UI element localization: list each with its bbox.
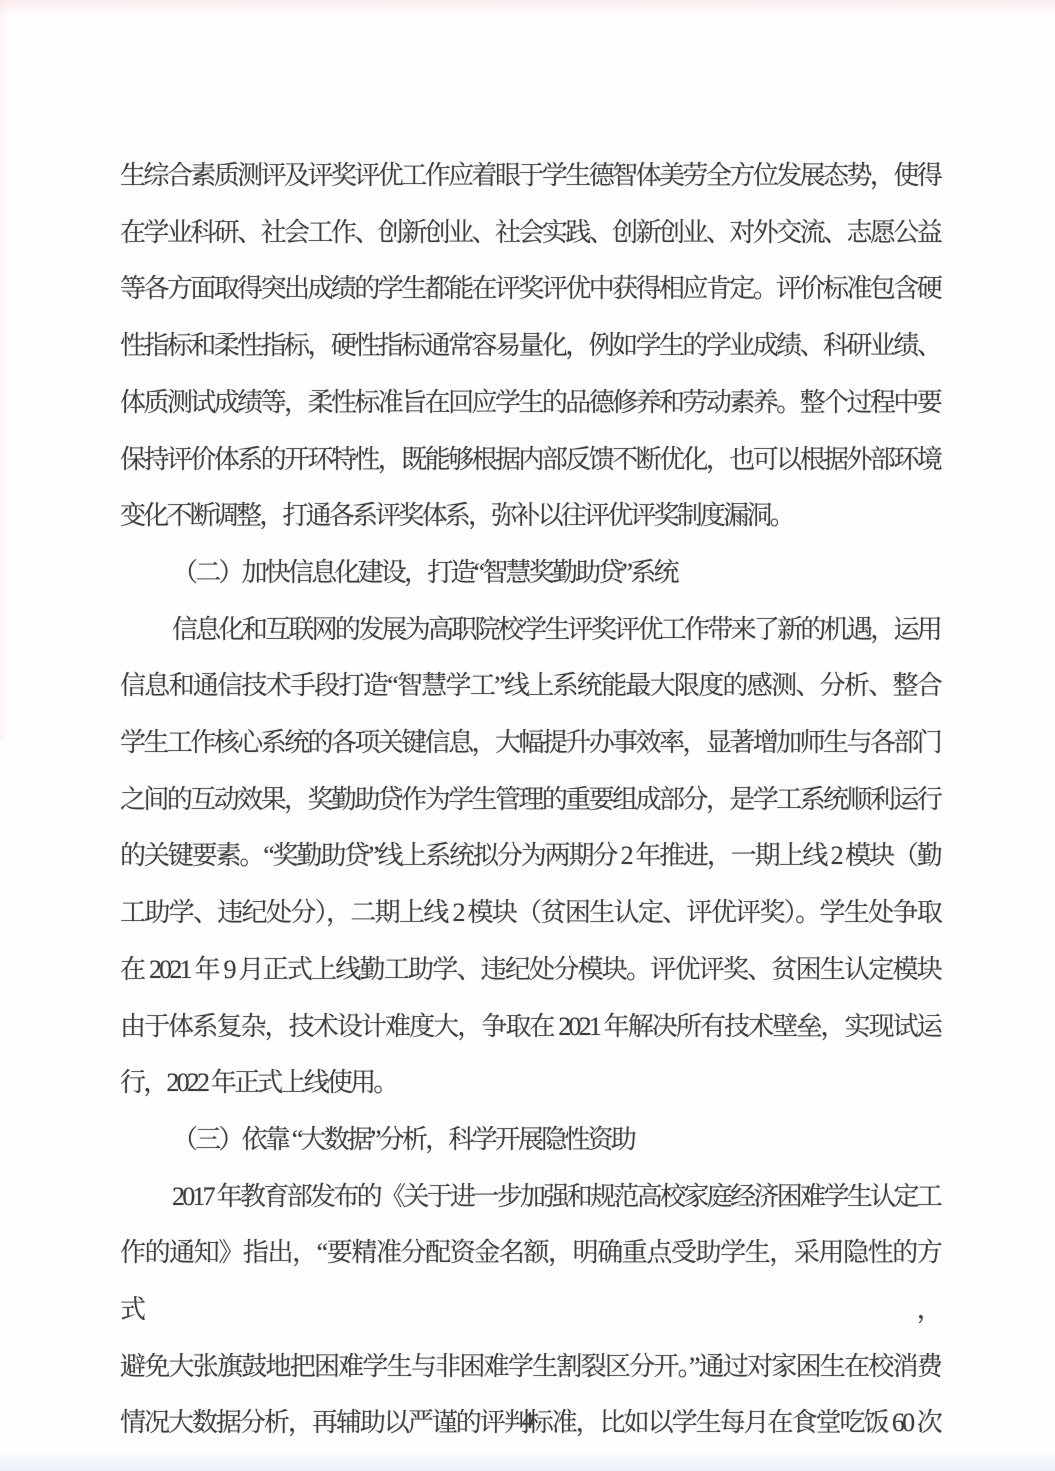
section-heading: （二）加快信息化建设，打造“智慧奖勤助贷”系统 (120, 545, 940, 602)
photo-tint-bottom (0, 1451, 1055, 1471)
text-line: 在 2021 年 9 月正式上线勤工助学、违纪处分模块。评优评奖、贫困生认定模块 (120, 942, 940, 999)
text-line: 的关键要素。“奖勤助贷”线上系统拟分为两期分 2 年推进，一期上线 2 模块（勤 (120, 828, 940, 885)
text-line: 变化不断调整，打通各系评奖体系，弥补以往评优评奖制度漏洞。 (120, 488, 940, 545)
section-heading: （三）依靠 “大数据”分析，科学开展隐性资助 (120, 1112, 940, 1169)
text-line: 在学业科研、社会工作、创新创业、社会实践、创新创业、对外交流、志愿公益 (120, 205, 940, 262)
text-line: 等各方面取得突出成绩的学生都能在评奖评优中获得相应肯定。评价标准包含硬 (120, 261, 940, 318)
text-line: 之间的互动效果，奖勤助贷作为学生管理的重要组成部分，是学工系统顺利运行 (120, 772, 940, 829)
text-line: 学生工作核心系统的各项关键信息，大幅提升办事效率，显著增加师生与各部门 (120, 715, 940, 772)
document-page: 生综合素质测评及评奖评优工作应着眼于学生德智体美劳全方位发展态势，使得在学业科研… (0, 0, 1055, 1471)
text-line: 工助学、违纪处分），二期上线 2 模块（贫困生认定、评优评奖）。学生处争取 (120, 885, 940, 942)
text-line: 保持评价体系的开环特性，既能够根据内部反馈不断优化，也可以根据外部环境 (120, 432, 940, 489)
text-line: 2017 年教育部发布的《关于进一步加强和规范高校家庭经济困难学生认定工 (120, 1169, 940, 1226)
photo-tint-left (0, 0, 8, 740)
text-line: 性指标和柔性指标，硬性指标通常容易量化，例如学生的学业成绩、科研业绩、 (120, 318, 940, 375)
text-line: 体质测试成绩等，柔性标准旨在回应学生的品德修养和劳动素养。整个过程中要 (120, 375, 940, 432)
text-line: 信息和通信技术手段打造“智慧学工”线上系统能最大限度的感测、分析、整合 (120, 658, 940, 715)
text-line: 作的通知》指出，“要精准分配资金名额，明确重点受助学生，采用隐性的方式， (120, 1225, 940, 1338)
text-block: 生综合素质测评及评奖评优工作应着眼于学生德智体美劳全方位发展态势，使得在学业科研… (120, 148, 940, 1452)
photo-tint-top (0, 0, 1055, 16)
text-line: 行，2022 年正式上线使用。 (120, 1055, 940, 1112)
page-number: 4 (0, 1408, 1055, 1434)
text-line: 信息化和互联网的发展为高职院校学生评奖评优工作带来了新的机遇，运用 (120, 602, 940, 659)
text-line: 避免大张旗鼓地把困难学生与非困难学生割裂区分开。”通过对家困生在校消费 (120, 1339, 940, 1396)
text-line: 生综合素质测评及评奖评优工作应着眼于学生德智体美劳全方位发展态势，使得 (120, 148, 940, 205)
text-line: 由于体系复杂，技术设计难度大，争取在 2021 年解决所有技术壁垒，实现试运 (120, 999, 940, 1056)
